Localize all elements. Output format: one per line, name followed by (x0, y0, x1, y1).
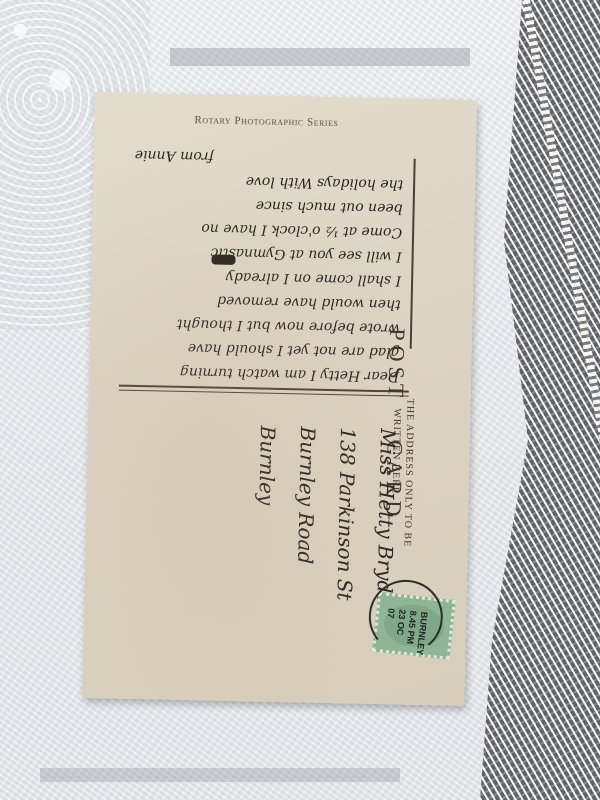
fabric-stripe (170, 48, 470, 66)
postmark-time: 8.45 PM (403, 610, 419, 654)
ink-blot (211, 254, 235, 265)
address-line: 138 Parkinson St (323, 427, 368, 688)
divider-vertical (410, 159, 416, 349)
post-word: POST (384, 328, 411, 402)
address-line: Burnley Road (283, 426, 328, 687)
message-line: Dear Hetty I am watch turning (99, 358, 399, 388)
postmark-town: BURNLEY (414, 611, 430, 655)
message-line: been out much since (102, 190, 402, 220)
handwritten-address: Miss Hetty Bryder 138 Parkinson St Burnl… (143, 423, 408, 688)
message-line: Come at ½ o'clock I have no (102, 214, 402, 244)
signature: from Annie (103, 142, 403, 172)
address-line: Burnley (243, 425, 288, 686)
address-instruction: THE ADDRESS ONLY TO BE (402, 399, 416, 548)
message-line: then would have removed (100, 286, 400, 316)
address-line: Miss Hetty Bryder (363, 428, 408, 689)
divider-horizontal (119, 390, 409, 397)
divider-horizontal (119, 385, 409, 393)
postmark-year: 07 (381, 608, 397, 652)
card-word: CARD (381, 440, 408, 522)
message-line: I will see you at Gymnastic (101, 238, 401, 268)
postmark-date: 23 OC (392, 609, 408, 653)
fabric-stripe (40, 768, 400, 782)
address-instruction: WRITTEN HERE. (390, 408, 403, 497)
postmark-circle (365, 576, 447, 658)
message-line: I shall come on I already (101, 262, 401, 292)
message-line: the holidays With love (103, 166, 403, 196)
postage-stamp: BURNLEY 8.45 PM 23 OC 07 (372, 592, 456, 660)
message-line: wrote before now but I thought (100, 310, 400, 340)
postmark-text: BURNLEY 8.45 PM 23 OC 07 (381, 608, 429, 656)
postcard: Rotary Photographic Series Dear Hetty I … (82, 92, 477, 706)
message-line: glad are not yet I should have (99, 334, 399, 364)
handwritten-message: Dear Hetty I am watch turning glad are n… (99, 112, 405, 388)
stamp-portrait (382, 602, 446, 650)
publisher-imprint: Rotary Photographic Series (194, 114, 338, 129)
post-card-heading: POSTCARD (379, 328, 410, 559)
